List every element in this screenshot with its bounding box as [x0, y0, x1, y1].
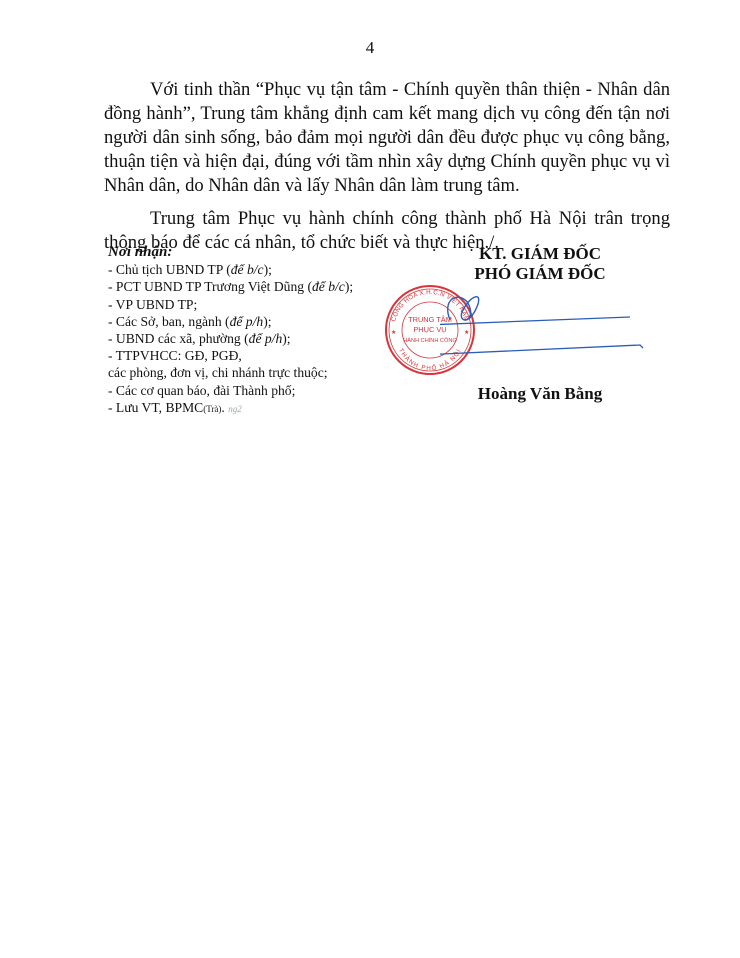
recipients-block: Nơi nhận: - Chủ tịch UBND TP (để b/c); -…	[108, 244, 388, 418]
signer-title-line2: PHÓ GIÁM ĐỐC	[440, 264, 640, 284]
recipient-item: các phòng, đơn vị, chi nhánh trực thuộc;	[108, 364, 388, 381]
initials-mark: ng2	[228, 404, 242, 414]
recipient-item: - UBND các xã, phường (để p/h);	[108, 330, 388, 347]
recipient-item: - VP UBND TP;	[108, 296, 388, 313]
signer-title-line1: KT. GIÁM ĐỐC	[440, 244, 640, 264]
recipient-item: - Các cơ quan báo, đài Thành phố;	[108, 382, 388, 399]
svg-text:★: ★	[391, 329, 396, 336]
paragraph-commitment: Với tinh thần “Phục vụ tận tâm - Chính q…	[104, 78, 670, 198]
recipient-item: - Lưu VT, BPMC(Trà). ng2	[108, 399, 388, 418]
body-text: Với tinh thần “Phục vụ tận tâm - Chính q…	[104, 78, 670, 264]
page-number: 4	[0, 38, 740, 58]
signer-block: KT. GIÁM ĐỐC PHÓ GIÁM ĐỐC Hoàng Văn Bằng	[440, 244, 640, 284]
handwritten-signature	[440, 290, 660, 360]
recipient-item: - Chủ tịch UBND TP (để b/c);	[108, 261, 388, 278]
recipients-title: Nơi nhận:	[108, 244, 388, 261]
recipient-item: - TTPVHCC: GĐ, PGĐ,	[108, 347, 388, 364]
recipient-item: - Các Sở, ban, ngành (để p/h);	[108, 313, 388, 330]
recipient-item: - PCT UBND TP Trương Việt Dũng (để b/c);	[108, 278, 388, 295]
signer-name: Hoàng Văn Bằng	[440, 384, 640, 404]
